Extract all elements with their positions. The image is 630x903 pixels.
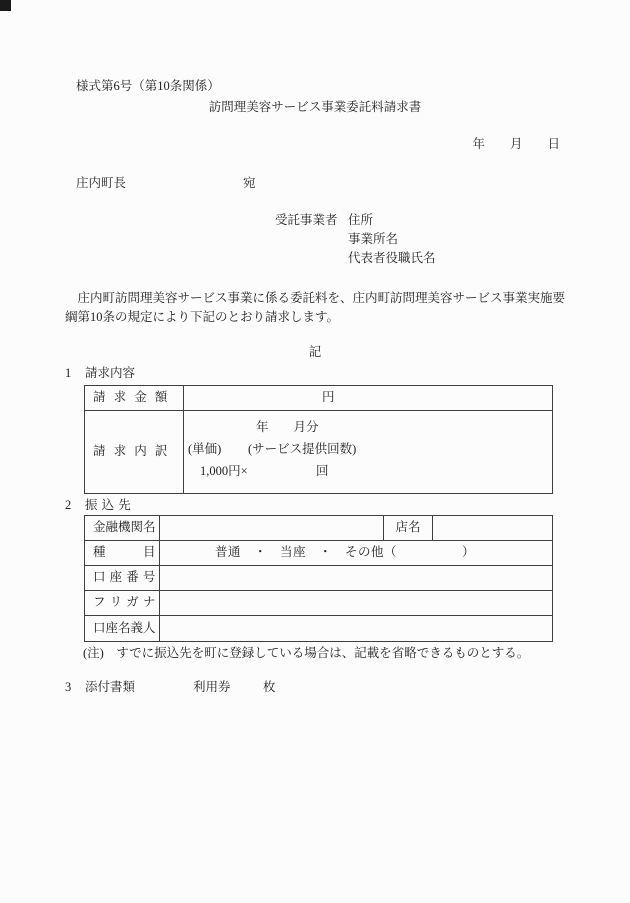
- account-number-label-cell: 口 座 番 号: [85, 566, 160, 590]
- account-holder-label-cell: 口座名義人: [85, 616, 160, 641]
- billing-breakdown-label-cell: 請 求 内 訳: [85, 411, 184, 493]
- billing-breakdown-label: 請 求 内 訳: [93, 444, 170, 460]
- account-number-value-cell: [160, 566, 552, 590]
- record-mark: 記: [0, 345, 630, 361]
- bank-transfer-table: 金融機関名 店名 種 目 普通 ・ 当座 ・ その他（ ） 口 座 番 号: [84, 515, 553, 642]
- billing-amount-label-cell: 請 求 金 額: [85, 386, 184, 410]
- account-type-label: 種 目: [93, 545, 156, 561]
- service-count-label: (サービス提供回数): [248, 442, 356, 458]
- form-number: 様式第6号（第10条関係）: [76, 79, 220, 95]
- furigana-label: フ リ ガ ナ: [93, 595, 156, 611]
- furigana-row: フ リ ガ ナ: [85, 591, 552, 616]
- account-type-row: 種 目 普通 ・ 当座 ・ その他（ ）: [85, 541, 552, 566]
- account-number-label: 口 座 番 号: [93, 570, 156, 586]
- date-line: 年 月 日: [472, 137, 560, 153]
- addressee-suffix: 宛: [243, 176, 256, 192]
- billing-breakdown-value-cell: 年 月分 (単価) (サービス提供回数) 1,000円× 回: [184, 411, 552, 493]
- section1-number: 1: [65, 366, 71, 382]
- attachment-name: 利用券: [193, 680, 231, 696]
- document-title: 訪問理美容サービス事業委託料請求書: [0, 100, 630, 116]
- body-paragraph: 庄内町訪問理美容サービス事業に係る委託料を、庄内町訪問理美容サービス事業実施要綱…: [65, 289, 571, 327]
- billing-amount-value-cell: 円: [184, 386, 552, 410]
- account-type-value-cell: 普通 ・ 当座 ・ その他（ ）: [160, 541, 552, 565]
- formula-unit-price: 1,000円×: [200, 464, 248, 480]
- addressee-name: 庄内町長: [76, 176, 126, 192]
- account-type-options: 普通 ・ 当座 ・ その他（ ）: [215, 545, 475, 561]
- scan-artifact-mark: [0, 0, 11, 11]
- bank-name-label-cell: 金融機関名: [85, 516, 160, 540]
- billing-table: 請 求 金 額 円 請 求 内 訳 年 月分 (単価) (サービス提供回数) 1…: [84, 385, 553, 494]
- billing-period-line: 年 月分: [256, 420, 319, 436]
- account-number-row: 口 座 番 号: [85, 566, 552, 591]
- formula-count-unit: 回: [316, 464, 329, 480]
- bank-name-label: 金融機関名: [93, 520, 156, 536]
- billing-amount-row: 請 求 金 額 円: [85, 386, 552, 411]
- billing-breakdown-row: 請 求 内 訳 年 月分 (単価) (サービス提供回数) 1,000円× 回: [85, 411, 552, 493]
- branch-value-cell: [433, 516, 552, 540]
- account-holder-value-cell: [160, 616, 552, 641]
- bank-name-value-cell: [160, 516, 383, 540]
- section3-number: 3: [65, 680, 71, 696]
- invoice-form-page: 様式第6号（第10条関係） 訪問理美容サービス事業委託料請求書 年 月 日 庄内…: [0, 0, 630, 903]
- bank-name-row: 金融機関名 店名: [85, 516, 552, 541]
- contractor-label: 受託事業者: [275, 213, 338, 229]
- billing-amount-unit: 円: [322, 390, 335, 406]
- account-holder-row: 口座名義人: [85, 616, 552, 641]
- unit-price-label: (単価): [188, 442, 221, 458]
- branch-label-cell: 店名: [383, 516, 433, 540]
- section2-number: 2: [65, 498, 71, 514]
- contractor-address-label: 住所: [348, 213, 373, 229]
- contractor-representative-label: 代表者役職氏名: [348, 251, 436, 267]
- furigana-value-cell: [160, 591, 552, 615]
- table-note: (注) すでに振込先を町に登録している場合は、記載を省略できるものとする。: [83, 646, 529, 662]
- branch-label: 店名: [395, 520, 420, 536]
- section2-heading: 振 込 先: [85, 498, 131, 514]
- section1-heading: 請求内容: [85, 366, 135, 382]
- section3-heading: 添付書類: [85, 680, 135, 696]
- account-type-label-cell: 種 目: [85, 541, 160, 565]
- attachment-unit: 枚: [263, 680, 276, 696]
- furigana-label-cell: フ リ ガ ナ: [85, 591, 160, 615]
- billing-amount-label: 請 求 金 額: [93, 390, 170, 406]
- account-holder-label: 口座名義人: [93, 621, 156, 637]
- contractor-office-label: 事業所名: [348, 232, 398, 248]
